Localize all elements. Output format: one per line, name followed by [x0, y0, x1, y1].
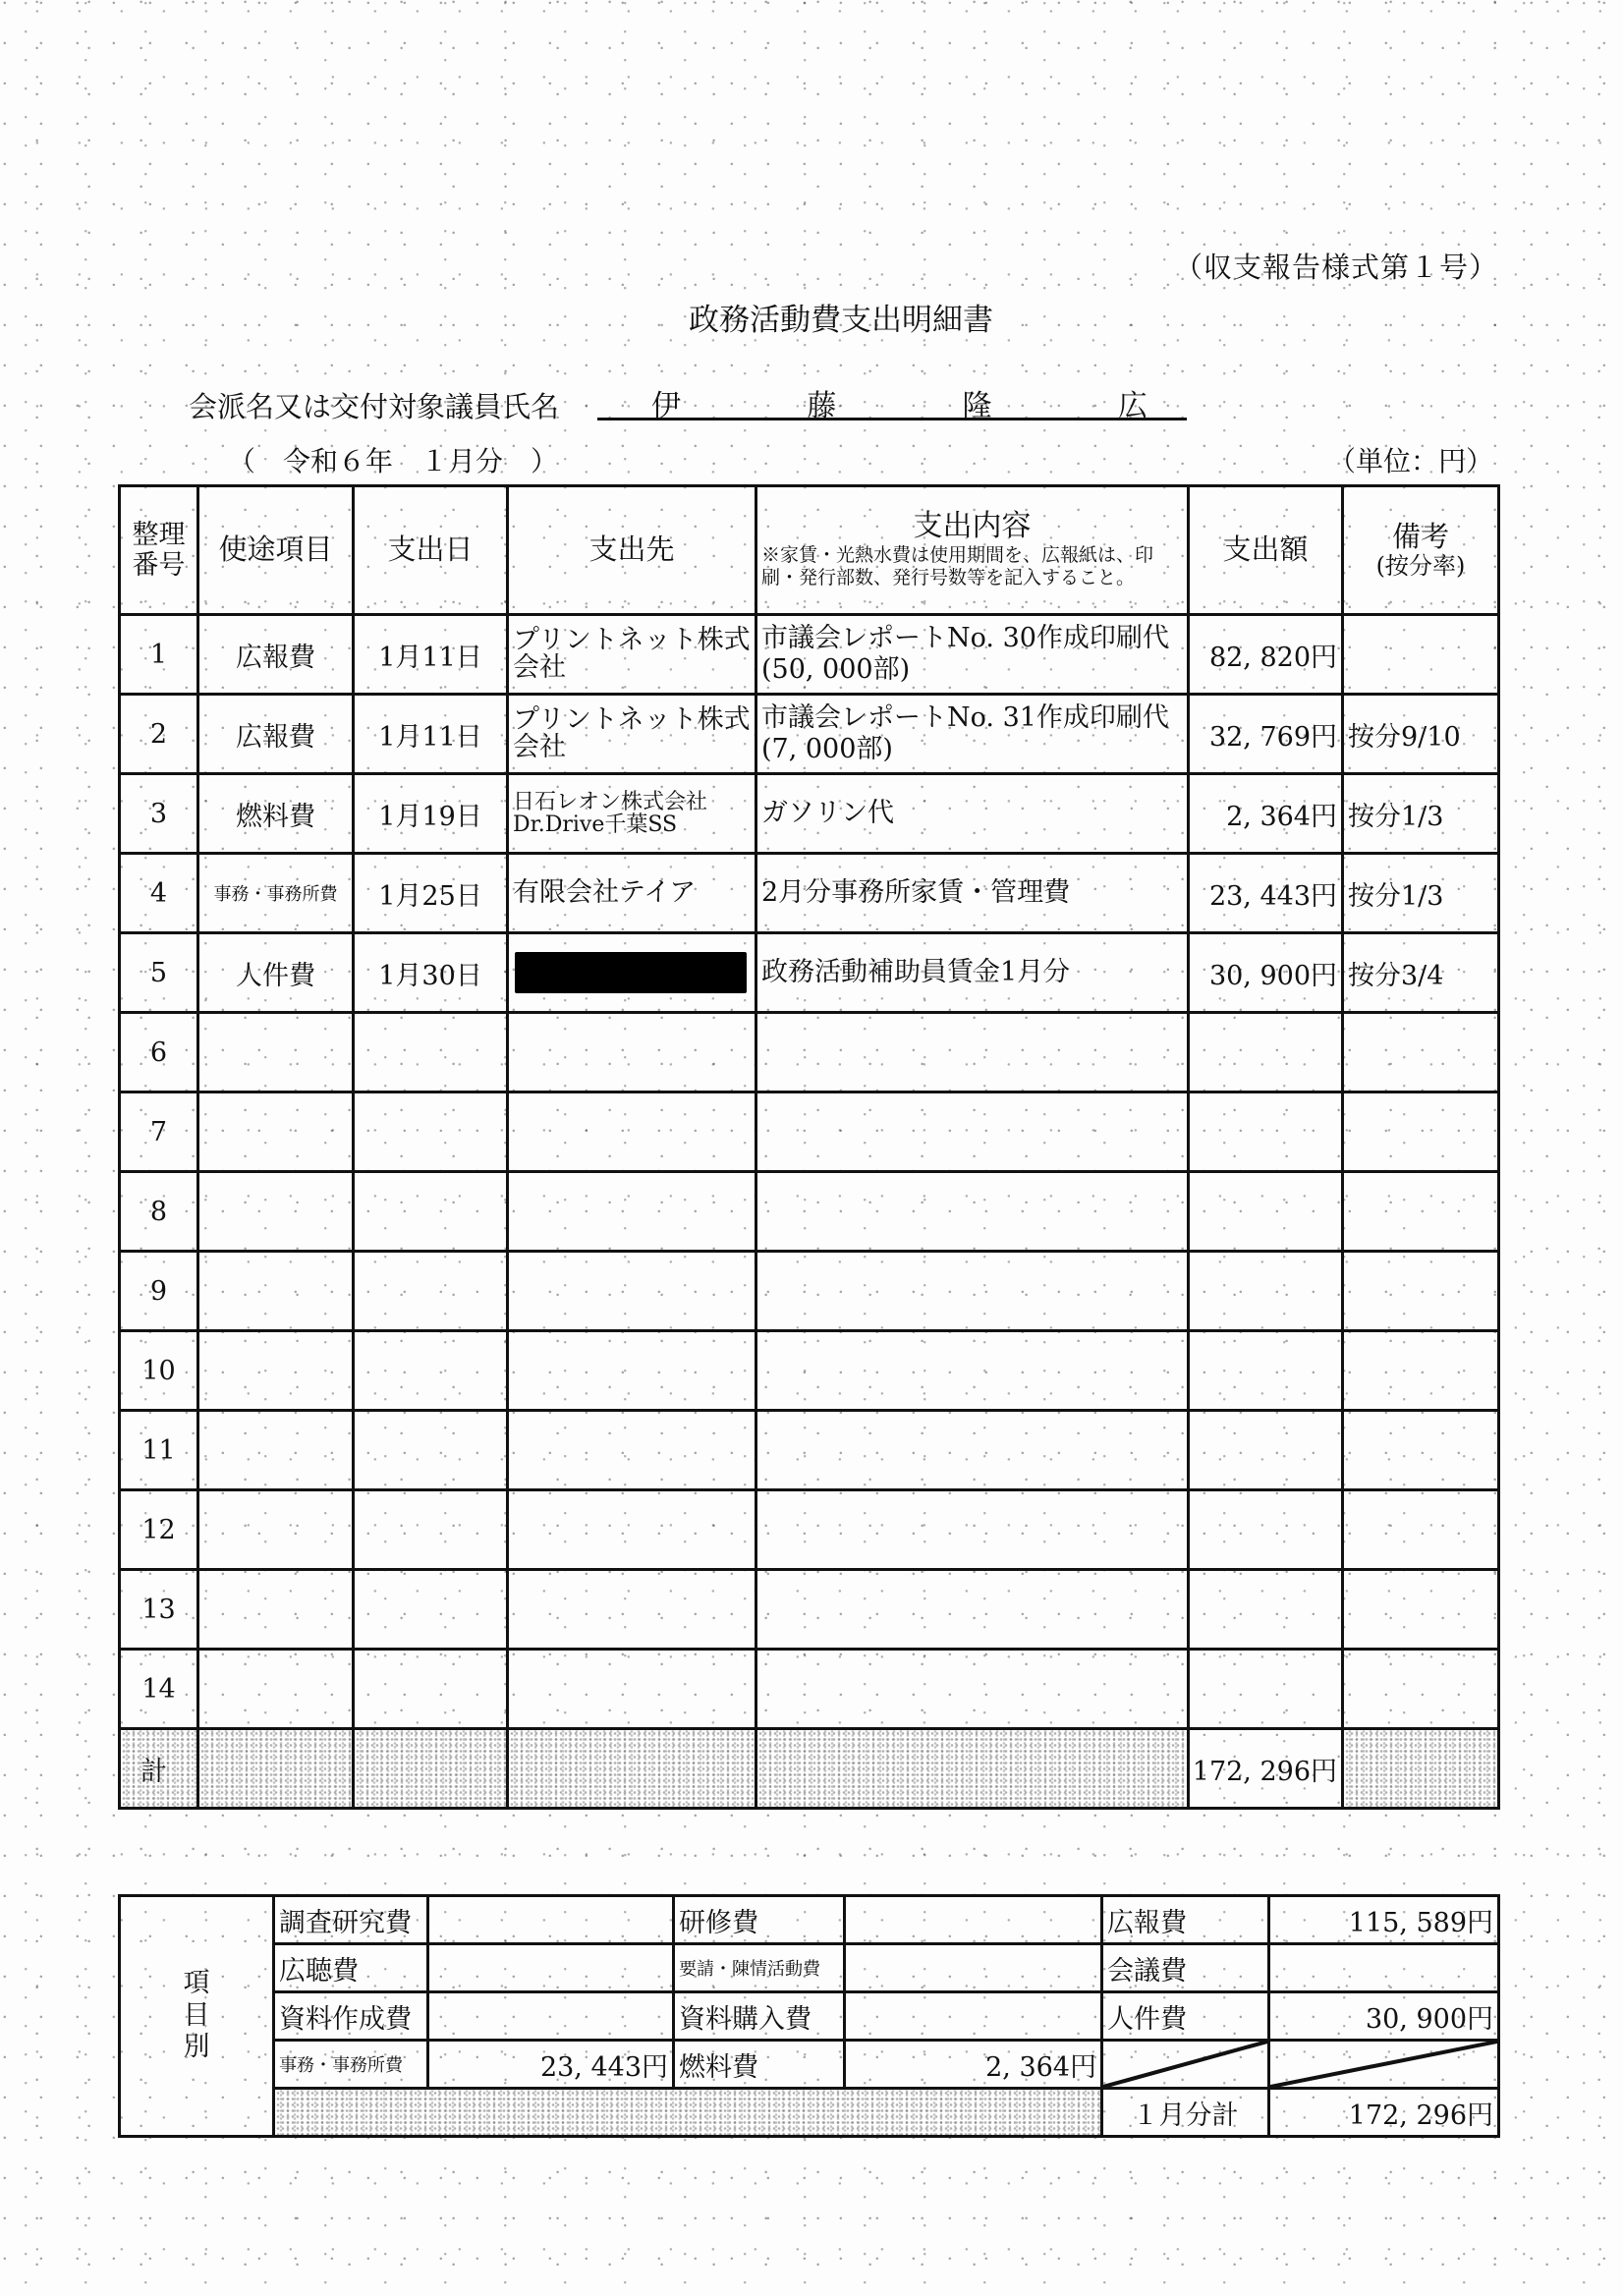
redaction-bar	[515, 952, 747, 993]
row-date	[354, 1570, 508, 1650]
summary-label-petition: 要請・陳情活動費	[674, 1944, 845, 1992]
total-empty-cell	[756, 1729, 1189, 1809]
header-date: 支出日	[354, 486, 508, 615]
table-row: 3燃料費1月19日日石レオン株式会社 Dr.Drive千葉SSガソリン代2, 3…	[120, 774, 1499, 854]
row-date: 1月25日	[354, 854, 508, 933]
table-header-row: 整理番号 使途項目 支出日 支出先 支出内容 ※家賃・光熱水費は使用期間を、広報…	[120, 486, 1499, 615]
row-amount: 82, 820円	[1189, 615, 1343, 695]
row-amount	[1189, 1570, 1343, 1650]
row-remarks	[1343, 1331, 1499, 1411]
summary-row: 広聴費 要請・陳情活動費 会議費	[120, 1944, 1499, 1992]
row-remarks	[1343, 1252, 1499, 1331]
member-name-char: 広	[1118, 381, 1147, 418]
total-empty-cell	[1343, 1729, 1499, 1809]
row-payee	[508, 1331, 756, 1411]
member-name-char: 藤	[807, 381, 836, 418]
row-payee: 有限会社テイア	[508, 854, 756, 933]
row-payee	[508, 1172, 756, 1252]
row-number: 6	[120, 1013, 198, 1092]
summary-label-office: 事務・事務所費	[274, 2041, 428, 2089]
summary-value-publicity: 115, 589円	[1269, 1896, 1499, 1944]
diagonal-strike-cell	[1269, 2041, 1499, 2089]
summary-row: 資料作成費 資料購入費 人件費 30, 900円	[120, 1992, 1499, 2041]
summary-value-fuel: 2, 364円	[845, 2041, 1102, 2089]
row-date: 1月19日	[354, 774, 508, 854]
row-remarks	[1343, 615, 1499, 695]
row-description: 2月分事務所家賃・管理費	[756, 854, 1189, 933]
row-payee	[508, 1490, 756, 1570]
header-category: 使途項目	[198, 486, 354, 615]
row-date	[354, 1650, 508, 1729]
member-name-label: 会派名又は交付対象議員氏名	[189, 385, 559, 425]
header-description-title: 支出内容	[757, 510, 1187, 544]
reporting-period: （ 令和６年 １月分 ）	[228, 440, 558, 479]
header-amount: 支出額	[1189, 486, 1343, 615]
row-date	[354, 1172, 508, 1252]
row-number: 14	[120, 1650, 198, 1729]
month-total-amount: 172, 296円	[1269, 2089, 1499, 2137]
row-amount: 32, 769円	[1189, 695, 1343, 774]
summary-value-personnel: 30, 900円	[1269, 1992, 1499, 2041]
row-amount	[1189, 1252, 1343, 1331]
table-row: 4事務・事務所費1月25日有限会社テイア2月分事務所家賃・管理費23, 443円…	[120, 854, 1499, 933]
row-date: 1月11日	[354, 695, 508, 774]
row-description: ガソリン代	[756, 774, 1189, 854]
row-date	[354, 1013, 508, 1092]
row-category	[198, 1092, 354, 1172]
table-row: 2広報費1月11日プリントネット株式会社市議会レポートNo. 31作成印刷代(7…	[120, 695, 1499, 774]
table-row: 1広報費1月11日プリントネット株式会社市議会レポートNo. 30作成印刷代(5…	[120, 615, 1499, 695]
member-name-char: 隆	[963, 381, 992, 418]
row-category: 広報費	[198, 615, 354, 695]
row-description: 市議会レポートNo. 30作成印刷代(50, 000部)	[756, 615, 1189, 695]
row-description	[756, 1650, 1189, 1729]
summary-value-meeting	[1269, 1944, 1499, 1992]
row-category	[198, 1013, 354, 1092]
row-number: 9	[120, 1252, 198, 1331]
row-payee	[508, 1092, 756, 1172]
row-category: 燃料費	[198, 774, 354, 854]
row-remarks	[1343, 1490, 1499, 1570]
row-category	[198, 1650, 354, 1729]
table-row: 6	[120, 1013, 1499, 1092]
row-number: 2	[120, 695, 198, 774]
row-description	[756, 1092, 1189, 1172]
row-number: 1	[120, 615, 198, 695]
total-empty-cell	[198, 1729, 354, 1809]
row-remarks	[1343, 1411, 1499, 1490]
row-description	[756, 1252, 1189, 1331]
row-remarks: 按分1/3	[1343, 854, 1499, 933]
row-amount	[1189, 1331, 1343, 1411]
row-amount	[1189, 1490, 1343, 1570]
row-date: 1月30日	[354, 933, 508, 1013]
diagonal-strike-cell	[1102, 2041, 1269, 2089]
by-item-char: 項	[125, 1968, 268, 1999]
row-payee: プリントネット株式会社	[508, 615, 756, 695]
category-summary-table: 項 目 別 調査研究費 研修費 広報費 115, 589円 広聴費 要請・陳情活…	[118, 1894, 1500, 2138]
total-row: 計 172, 296円	[120, 1729, 1499, 1809]
row-description: 政務活動補助員賃金1月分	[756, 933, 1189, 1013]
summary-row: 事務・事務所費 23, 443円 燃料費 2, 364円	[120, 2041, 1499, 2089]
row-amount	[1189, 1172, 1343, 1252]
row-category	[198, 1411, 354, 1490]
row-remarks	[1343, 1570, 1499, 1650]
row-date	[354, 1092, 508, 1172]
row-category	[198, 1490, 354, 1570]
summary-label-fuel: 燃料費	[674, 2041, 845, 2089]
row-description	[756, 1411, 1189, 1490]
form-number: （収支報告様式第１号）	[1174, 246, 1498, 286]
row-payee	[508, 1252, 756, 1331]
row-amount: 23, 443円	[1189, 854, 1343, 933]
row-number: 4	[120, 854, 198, 933]
summary-label-publicity: 広報費	[1102, 1896, 1269, 1944]
row-amount	[1189, 1013, 1343, 1092]
table-row: 9	[120, 1252, 1499, 1331]
row-number: 8	[120, 1172, 198, 1252]
row-number: 3	[120, 774, 198, 854]
row-payee	[508, 1570, 756, 1650]
row-category	[198, 1172, 354, 1252]
summary-value-research	[428, 1896, 674, 1944]
row-number: 10	[120, 1331, 198, 1411]
row-remarks: 按分1/3	[1343, 774, 1499, 854]
row-payee	[508, 933, 756, 1013]
row-category: 事務・事務所費	[198, 854, 354, 933]
summary-value-material-creation	[428, 1992, 674, 2041]
row-number: 7	[120, 1092, 198, 1172]
row-description: 市議会レポートNo. 31作成印刷代(7, 000部)	[756, 695, 1189, 774]
table-row: 11	[120, 1411, 1499, 1490]
header-remarks: 備考 (按分率)	[1343, 486, 1499, 615]
row-payee: 日石レオン株式会社 Dr.Drive千葉SS	[508, 774, 756, 854]
document-title: 政務活動費支出明細書	[0, 295, 1623, 339]
summary-label-training: 研修費	[674, 1896, 845, 1944]
row-payee: プリントネット株式会社	[508, 695, 756, 774]
row-remarks: 按分3/4	[1343, 933, 1499, 1013]
total-empty-cell	[508, 1729, 756, 1809]
header-remarks-title: 備考	[1344, 521, 1497, 553]
header-no: 整理番号	[120, 486, 198, 615]
row-number: 12	[120, 1490, 198, 1570]
summary-shaded-cell	[274, 2089, 1102, 2137]
row-date	[354, 1252, 508, 1331]
summary-label-material-purchase: 資料購入費	[674, 1992, 845, 2041]
row-category: 広報費	[198, 695, 354, 774]
row-date	[354, 1331, 508, 1411]
summary-value-petition	[845, 1944, 1102, 1992]
row-description	[756, 1490, 1189, 1570]
summary-total-row: １月分計 172, 296円	[120, 2089, 1499, 2137]
member-name-char: 伊	[651, 381, 681, 418]
row-description	[756, 1172, 1189, 1252]
row-remarks	[1343, 1172, 1499, 1252]
row-date	[354, 1490, 508, 1570]
row-remarks: 按分9/10	[1343, 695, 1499, 774]
by-item-char: 別	[125, 2032, 268, 2063]
diagonal-line-icon	[1103, 2042, 1267, 2087]
header-remarks-sub: (按分率)	[1344, 553, 1497, 581]
summary-label-material-creation: 資料作成費	[274, 1992, 428, 2041]
unit-label: （単位：円）	[1328, 440, 1493, 479]
summary-value-office: 23, 443円	[428, 2041, 674, 2089]
member-name: 伊 藤 隆 広	[597, 381, 1187, 420]
row-description	[756, 1013, 1189, 1092]
table-row: 7	[120, 1092, 1499, 1172]
total-empty-cell	[354, 1729, 508, 1809]
summary-value-material-purchase	[845, 1992, 1102, 2041]
row-remarks	[1343, 1092, 1499, 1172]
row-number: 11	[120, 1411, 198, 1490]
summary-label-meeting: 会議費	[1102, 1944, 1269, 1992]
row-payee	[508, 1013, 756, 1092]
row-description	[756, 1570, 1189, 1650]
by-item-label: 項 目 別	[120, 1896, 274, 2137]
total-amount: 172, 296円	[1189, 1729, 1343, 1809]
table-row: 5人件費1月30日政務活動補助員賃金1月分30, 900円按分3/4	[120, 933, 1499, 1013]
row-remarks	[1343, 1013, 1499, 1092]
row-amount: 2, 364円	[1189, 774, 1343, 854]
row-description	[756, 1331, 1189, 1411]
expense-detail-table: 整理番号 使途項目 支出日 支出先 支出内容 ※家賃・光熱水費は使用期間を、広報…	[118, 484, 1500, 1810]
month-total-label: １月分計	[1102, 2089, 1269, 2137]
header-description-note: ※家賃・光熱水費は使用期間を、広報紙は、印刷・発行部数、発行号数等を記入すること…	[757, 544, 1187, 591]
header-description: 支出内容 ※家賃・光熱水費は使用期間を、広報紙は、印刷・発行部数、発行号数等を記…	[756, 486, 1189, 615]
header-payee: 支出先	[508, 486, 756, 615]
row-category	[198, 1252, 354, 1331]
total-label: 計	[120, 1729, 198, 1809]
diagonal-line-icon	[1270, 2042, 1497, 2087]
table-row: 10	[120, 1331, 1499, 1411]
summary-value-training	[845, 1896, 1102, 1944]
summary-value-hearing	[428, 1944, 674, 1992]
table-row: 12	[120, 1490, 1499, 1570]
table-row: 14	[120, 1650, 1499, 1729]
summary-row: 項 目 別 調査研究費 研修費 広報費 115, 589円	[120, 1896, 1499, 1944]
table-row: 8	[120, 1172, 1499, 1252]
row-date	[354, 1411, 508, 1490]
row-category	[198, 1570, 354, 1650]
summary-label-personnel: 人件費	[1102, 1992, 1269, 2041]
row-amount	[1189, 1650, 1343, 1729]
row-amount	[1189, 1092, 1343, 1172]
row-date: 1月11日	[354, 615, 508, 695]
summary-label-research: 調査研究費	[274, 1896, 428, 1944]
table-row: 13	[120, 1570, 1499, 1650]
row-number: 13	[120, 1570, 198, 1650]
row-category	[198, 1331, 354, 1411]
row-amount: 30, 900円	[1189, 933, 1343, 1013]
row-category: 人件費	[198, 933, 354, 1013]
row-payee	[508, 1411, 756, 1490]
row-payee	[508, 1650, 756, 1729]
summary-label-hearing: 広聴費	[274, 1944, 428, 1992]
row-number: 5	[120, 933, 198, 1013]
row-amount	[1189, 1411, 1343, 1490]
row-remarks	[1343, 1650, 1499, 1729]
by-item-char: 目	[125, 2000, 268, 2032]
